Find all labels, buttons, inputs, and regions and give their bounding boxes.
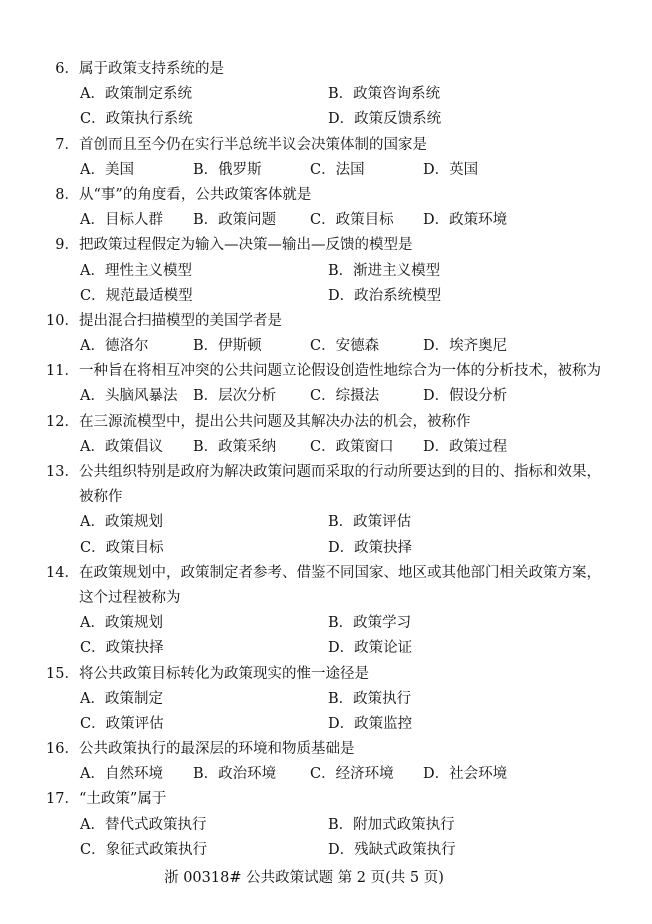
question-9: 9．把政策过程假定为输入—决策—输出—反馈的模型是A．理性主义模型B．渐进主义模… [0,233,652,309]
question-stem-continued: 这个过程被称为 [0,586,652,611]
option-row-content: C．规范最适模型D．政治系统模型 [79,284,652,309]
option-row-content: A．德洛尔B．伊斯顿C．安德森D．埃齐奥尼 [79,334,652,359]
option-6-d: D．政策反馈系统 [328,107,441,132]
question-stem-text: 首创而且至今仍在实行半总统半议会决策体制的国家是 [79,133,652,158]
question-stem: 11．一种旨在将相互冲突的公共问题立论假设创造性地综合为一体的分析技术，被称为 [0,359,652,384]
option-10-b: B．伊斯顿 [193,334,262,359]
option-row-indent [0,107,79,132]
option-row-indent [0,712,79,737]
question-stem: 16．公共政策执行的最深层的环境和物质基础是 [0,737,652,762]
option-row-content: A．替代式政策执行B．附加式政策执行 [79,813,652,838]
option-row-content: A．政策制定系统B．政策咨询系统 [79,82,652,107]
question-stem: 10．提出混合扫描模型的美国学者是 [0,309,652,334]
option-row-content: A．政策制定B．政策执行 [79,687,652,712]
option-row: C．政策评估D．政策监控 [0,712,652,737]
question-10: 10．提出混合扫描模型的美国学者是A．德洛尔B．伊斯顿C．安德森D．埃齐奥尼 [0,309,652,359]
question-stem-text: 在政策规划中，政策制定者参考、借鉴不同国家、地区或其他部门相关政策方案， [79,561,652,586]
option-row-indent [0,435,79,460]
option-row: A．替代式政策执行B．附加式政策执行 [0,813,652,838]
option-row: A．自然环境B．政治环境C．经济环境D．社会环境 [0,762,652,787]
question-stem: 7．首创而且至今仍在实行半总统半议会决策体制的国家是 [0,133,652,158]
question-stem: 12．在三源流模型中，提出公共问题及其解决办法的机会，被称作 [0,410,652,435]
option-11-b: B．层次分析 [193,384,276,409]
option-row: C．政策执行系统D．政策反馈系统 [0,107,652,132]
option-9-c: C．规范最适模型 [80,284,193,309]
option-10-c: C．安德森 [310,334,379,359]
option-row-content: A．自然环境B．政治环境C．经济环境D．社会环境 [79,762,652,787]
question-stem: 17．“土政策”属于 [0,787,652,812]
question-stem-text: 一种旨在将相互冲突的公共问题立论假设创造性地综合为一体的分析技术，被称为 [79,359,652,384]
option-9-a: A．理性主义模型 [80,259,192,284]
option-12-c: C．政策窗口 [310,435,394,460]
question-stem-text: 被称作 [79,485,652,510]
option-row-content: A．头脑风暴法B．层次分析C．综摄法D．假设分析 [79,384,652,409]
option-row: C．政策抉择D．政策论证 [0,636,652,661]
option-row-content: A．理性主义模型B．渐进主义模型 [79,259,652,284]
option-13-c: C．政策目标 [80,536,164,561]
option-row-content: A．政策规划B．政策学习 [79,611,652,636]
option-8-c: C．政策目标 [310,208,394,233]
question-stem-text: 在三源流模型中，提出公共问题及其解决办法的机会，被称作 [79,410,652,435]
option-17-b: B．附加式政策执行 [328,813,455,838]
question-stem-text: 这个过程被称为 [79,586,652,611]
option-row: A．政策规划B．政策评估 [0,510,652,535]
option-row-indent [0,82,79,107]
question-8: 8．从“事”的角度看，公共政策客体就是A．目标人群B．政策问题C．政策目标D．政… [0,183,652,233]
option-row-indent [0,611,79,636]
option-16-c: C．经济环境 [310,762,394,787]
question-number: 14． [0,561,79,586]
question-number: 15． [0,662,79,687]
option-13-d: D．政策抉择 [328,536,412,561]
option-14-a: A．政策规划 [80,611,163,636]
option-7-a: A．美国 [80,158,134,183]
option-8-a: A．目标人群 [80,208,163,233]
option-11-a: A．头脑风暴法 [80,384,177,409]
option-12-a: A．政策倡议 [80,435,163,460]
option-10-d: D．埃齐奥尼 [423,334,507,359]
question-7: 7．首创而且至今仍在实行半总统半议会决策体制的国家是A．美国B．俄罗斯C．法国D… [0,133,652,183]
option-14-b: B．政策学习 [328,611,411,636]
option-14-d: D．政策论证 [328,636,412,661]
option-row-indent [0,158,79,183]
question-number: 12． [0,410,79,435]
option-17-c: C．象征式政策执行 [80,838,207,863]
question-stem: 13．公共组织特别是政府为解决政策问题而采取的行动所要达到的目的、指标和效果， [0,460,652,485]
question-stem: 6．属于政策支持系统的是 [0,57,652,82]
question-17: 17．“土政策”属于A．替代式政策执行B．附加式政策执行C．象征式政策执行D．残… [0,787,652,863]
question-stem-text: 把政策过程假定为输入—决策—输出—反馈的模型是 [79,233,652,258]
option-14-c: C．政策抉择 [80,636,164,661]
option-17-a: A．替代式政策执行 [80,813,206,838]
option-row-indent [0,284,79,309]
question-12: 12．在三源流模型中，提出公共问题及其解决办法的机会，被称作A．政策倡议B．政策… [0,410,652,460]
option-13-a: A．政策规划 [80,510,163,535]
option-11-d: D．假设分析 [423,384,507,409]
option-6-a: A．政策制定系统 [80,82,192,107]
question-number [0,485,79,510]
option-row: C．象征式政策执行D．残缺式政策执行 [0,838,652,863]
question-6: 6．属于政策支持系统的是A．政策制定系统B．政策咨询系统C．政策执行系统D．政策… [0,57,652,133]
option-16-d: D．社会环境 [423,762,507,787]
option-row-content: A．美国B．俄罗斯C．法国D．英国 [79,158,652,183]
option-row: A．头脑风暴法B．层次分析C．综摄法D．假设分析 [0,384,652,409]
option-13-b: B．政策评估 [328,510,411,535]
option-row-indent [0,334,79,359]
option-row-indent [0,838,79,863]
option-row-indent [0,536,79,561]
option-row: A．理性主义模型B．渐进主义模型 [0,259,652,284]
option-row: A．美国B．俄罗斯C．法国D．英国 [0,158,652,183]
question-stem-text: 从“事”的角度看，公共政策客体就是 [79,183,652,208]
question-stem-text: 属于政策支持系统的是 [79,57,652,82]
question-stem-text: 公共组织特别是政府为解决政策问题而采取的行动所要达到的目的、指标和效果， [79,460,652,485]
option-row-indent [0,762,79,787]
option-8-b: B．政策问题 [193,208,276,233]
question-stem-text: 提出混合扫描模型的美国学者是 [79,309,652,334]
question-number: 16． [0,737,79,762]
exam-page: 6．属于政策支持系统的是A．政策制定系统B．政策咨询系统C．政策执行系统D．政策… [0,0,652,924]
question-15: 15．将公共政策目标转化为政策现实的惟一途径是A．政策制定B．政策执行C．政策评… [0,662,652,738]
question-11: 11．一种旨在将相互冲突的公共问题立论假设创造性地综合为一体的分析技术，被称为A… [0,359,652,409]
option-17-d: D．残缺式政策执行 [328,838,456,863]
question-number: 7． [0,133,79,158]
option-row-indent [0,208,79,233]
option-row-indent [0,813,79,838]
question-number: 13． [0,460,79,485]
question-stem: 8．从“事”的角度看，公共政策客体就是 [0,183,652,208]
question-stem: 14．在政策规划中，政策制定者参考、借鉴不同国家、地区或其他部门相关政策方案， [0,561,652,586]
question-stem: 9．把政策过程假定为输入—决策—输出—反馈的模型是 [0,233,652,258]
question-number: 10． [0,309,79,334]
question-number: 6． [0,57,79,82]
option-row-indent [0,510,79,535]
option-row-content: C．政策执行系统D．政策反馈系统 [79,107,652,132]
option-row-content: A．目标人群B．政策问题C．政策目标D．政策环境 [79,208,652,233]
question-number [0,586,79,611]
option-row: C．政策目标D．政策抉择 [0,536,652,561]
option-9-b: B．渐进主义模型 [328,259,440,284]
question-stem-text: 公共政策执行的最深层的环境和物质基础是 [79,737,652,762]
option-15-a: A．政策制定 [80,687,163,712]
question-number: 9． [0,233,79,258]
option-row-content: A．政策规划B．政策评估 [79,510,652,535]
option-6-c: C．政策执行系统 [80,107,193,132]
option-row-indent [0,687,79,712]
option-7-c: C．法国 [310,158,365,183]
option-16-a: A．自然环境 [80,762,163,787]
option-15-c: C．政策评估 [80,712,164,737]
question-list: 6．属于政策支持系统的是A．政策制定系统B．政策咨询系统C．政策执行系统D．政策… [0,57,652,863]
option-row-content: C．象征式政策执行D．残缺式政策执行 [79,838,652,863]
option-16-b: B．政治环境 [193,762,276,787]
option-row-content: C．政策评估D．政策监控 [79,712,652,737]
question-number: 8． [0,183,79,208]
option-row-indent [0,384,79,409]
option-row: A．政策规划B．政策学习 [0,611,652,636]
option-row: A．政策制定系统B．政策咨询系统 [0,82,652,107]
option-row-content: C．政策目标D．政策抉择 [79,536,652,561]
option-row-indent [0,259,79,284]
option-7-b: B．俄罗斯 [193,158,262,183]
option-row-indent [0,636,79,661]
option-row: C．规范最适模型D．政治系统模型 [0,284,652,309]
option-row: A．目标人群B．政策问题C．政策目标D．政策环境 [0,208,652,233]
question-number: 11． [0,359,79,384]
option-8-d: D．政策环境 [423,208,507,233]
question-16: 16．公共政策执行的最深层的环境和物质基础是A．自然环境B．政治环境C．经济环境… [0,737,652,787]
option-12-d: D．政策过程 [423,435,507,460]
question-stem: 15．将公共政策目标转化为政策现实的惟一途径是 [0,662,652,687]
option-15-b: B．政策执行 [328,687,411,712]
option-15-d: D．政策监控 [328,712,412,737]
question-stem-text: “土政策”属于 [79,787,652,812]
option-12-b: B．政策采纳 [193,435,276,460]
option-9-d: D．政治系统模型 [328,284,441,309]
option-row: A．政策倡议B．政策采纳C．政策窗口D．政策过程 [0,435,652,460]
option-6-b: B．政策咨询系统 [328,82,440,107]
question-13: 13．公共组织特别是政府为解决政策问题而采取的行动所要达到的目的、指标和效果，被… [0,460,652,561]
option-row-content: C．政策抉择D．政策论证 [79,636,652,661]
question-number: 17． [0,787,79,812]
question-stem-continued: 被称作 [0,485,652,510]
question-14: 14．在政策规划中，政策制定者参考、借鉴不同国家、地区或其他部门相关政策方案，这… [0,561,652,662]
option-row: A．政策制定B．政策执行 [0,687,652,712]
option-row-content: A．政策倡议B．政策采纳C．政策窗口D．政策过程 [79,435,652,460]
option-10-a: A．德洛尔 [80,334,148,359]
option-row: A．德洛尔B．伊斯顿C．安德森D．埃齐奥尼 [0,334,652,359]
page-footer: 浙 00318# 公共政策试题 第 2 页(共 5 页) [0,866,652,891]
option-11-c: C．综摄法 [310,384,379,409]
option-7-d: D．英国 [423,158,478,183]
question-stem-text: 将公共政策目标转化为政策现实的惟一途径是 [79,662,652,687]
